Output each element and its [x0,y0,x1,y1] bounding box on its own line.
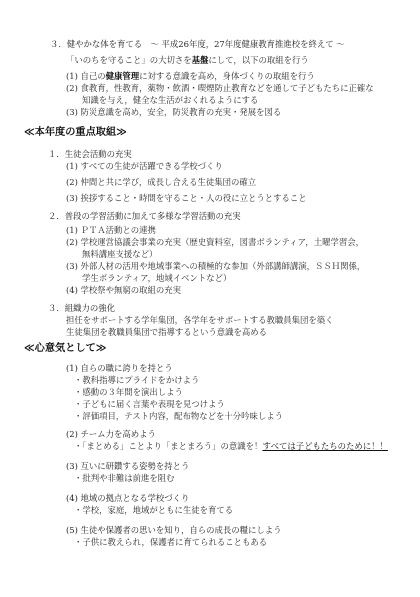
item-number: (3) [66,107,78,117]
item-text: 仲間と共に学び，成長し合える生徒集団の確立 [81,177,257,187]
priority-2-item-2-cont: 無料講座支援など） [82,249,157,260]
intro-emphasis: 基盤 [192,55,209,65]
spirit-heading: ≪心意気として≫ [24,343,106,356]
spirit-4-bullet-1: ・学校，家庭，地域がともに生徒を育てる [74,505,233,516]
item-text: すべての生徒が活躍できる学校づくり [81,161,223,171]
intro-text: 「いのちを守ること」の大切さを [66,55,192,65]
item-number: (1) [66,363,78,373]
section-3-title: ３．健やかな体を育てる ～ 平成26年度，27年度健康教育推進校を終えて ～ [50,39,345,50]
item-number: (4) [66,285,78,295]
priority-1-item-2: (2) 仲間と共に学び，成長し合える生徒集団の確立 [66,177,256,188]
section-3-item-2: (2) 食教育，性教育，薬物・飲酒・喫煙防止教育などを通して子どもたちに正確な [66,83,374,94]
spirit-5-bullet-1: ・子供に教えられ，保護者に育てられることもある [74,537,267,548]
item-text-end: に対する意識を高め，身体づくりの取組を行う [139,71,315,81]
section-3-item-2-cont: 知識を与え，健全な生活がおくれるようにする [82,95,258,106]
item-number: (3) [66,461,78,471]
spirit-item-5-title: (5) 生徒や保護者の思いを知り，自らの成長の糧にしよう [66,525,282,536]
spirit-2-bullet-1: ・「まとめる」ことより「まとまろう」の意識を！すべては子どもたちのために！！ [74,441,388,452]
spirit-3-bullet-1: ・批判や非難は前進を阻む [74,473,175,484]
priority-2-item-3-cont: 学生ボランティア，地域イベントなど） [82,273,231,284]
spirit-1-bullet-2: ・感動の３年間を演出しよう [74,387,183,398]
item-emphasis: 健康管理 [106,71,140,81]
item-text: 自己の [81,71,106,81]
item-text: 防災意識を高め，安全，防災教育の充実・発展を図る [81,107,282,117]
priority-2-item-2: (2) 学校運営協議会事業の充実（歴史資料室，図書ボランティア，土曜学習会， [66,237,364,248]
item-number: (2) [66,177,78,187]
item-text: 挨拶すること・時間を守ること・人の役に立とうとすること [81,193,307,203]
item-number: (1) [66,161,78,171]
item-text: 自らの職に誇りを持とう [81,363,173,373]
item-text: 地域の拠点となる学校づくり [81,493,190,503]
priority-group-2-title: ２．普段の学習活動に加えて多様な学習活動の充実 [48,211,241,222]
spirit-item-2-title: (2) チーム力を高めよう [66,429,156,440]
item-number: (3) [66,261,78,271]
priority-2-item-1: (1) ＰＴＡ活動との連携 [66,225,156,236]
item-number: (3) [66,193,78,203]
priority-3-line-2: 生徒集団を教職員集団で指導するという意識を高める [66,327,267,338]
item-text: 外部人材の活用や地域事業への積極的な参加（外部講師講演，ＳＳＨ関係， [81,261,366,271]
item-text: 学校運営協議会事業の充実（歴史資料室，図書ボランティア，土曜学習会， [81,237,364,247]
underlined-slogan: すべては子どもたちのために！！ [262,441,387,451]
bullet-text: ・「まとめる」ことより「まとまろう」の意識を！ [74,441,262,451]
item-text: チーム力を高めよう [81,429,156,439]
item-text: 食教育，性教育，薬物・飲酒・喫煙防止教育などを通して子どもたちに正確な [81,83,374,93]
item-number: (1) [66,225,78,235]
priority-1-item-1: (1) すべての生徒が活躍できる学校づくり [66,161,223,172]
priority-2-item-4: (4) 学校祭や無窮の取組の充実 [66,285,181,296]
priority-2-item-3: (3) 外部人材の活用や地域事業への積極的な参加（外部講師講演，ＳＳＨ関係， [66,261,365,272]
item-number: (2) [66,237,78,247]
item-text: ＰＴＡ活動との連携 [81,225,156,235]
spirit-1-bullet-1: ・教科指導にプライドをかけよう [74,375,199,386]
item-text: 生徒や保護者の思いを知り，自らの成長の糧にしよう [81,525,282,535]
intro-text-end: にして，以下の取組を行う [208,55,308,65]
spirit-item-3-title: (3) 互いに研鑽する姿勢を持とう [66,461,189,472]
section-3-intro: 「いのちを守ること」の大切さを基盤にして，以下の取組を行う [66,55,309,66]
priority-1-item-3: (3) 挨拶すること・時間を守ること・人の役に立とうとすること [66,193,307,204]
priority-group-1-title: １．生徒会活動の充実 [48,149,132,160]
priorities-heading: ≪本年度の重点取組≫ [24,127,127,140]
spirit-1-bullet-3: ・子どもに届く言葉や表現を見つけよう [74,399,225,410]
item-number: (2) [66,429,78,439]
item-text: 互いに研鑽する姿勢を持とう [81,461,190,471]
section-3-item-1: (1) 自己の健康管理に対する意識を高め，身体づくりの取組を行う [66,71,315,82]
priority-3-line-1: 担任をサポートする学年集団，各学年をサポートする教職員集団を築く [66,315,334,326]
priority-group-3-title: ３．組織力の強化 [48,303,115,314]
item-text: 学校祭や無窮の取組の充実 [81,285,182,295]
item-number: (1) [66,71,78,81]
spirit-1-bullet-4: ・評価項目，テスト内容，配布物などを十分吟味しよう [74,411,283,422]
spirit-item-4-title: (4) 地域の拠点となる学校づくり [66,493,189,504]
section-3-item-3: (3) 防災意識を高め，安全，防災教育の充実・発展を図る [66,107,281,118]
spirit-item-1-title: (1) 自らの職に誇りを持とう [66,363,173,374]
item-number: (2) [66,83,78,93]
item-number: (4) [66,493,78,503]
item-number: (5) [66,525,78,535]
